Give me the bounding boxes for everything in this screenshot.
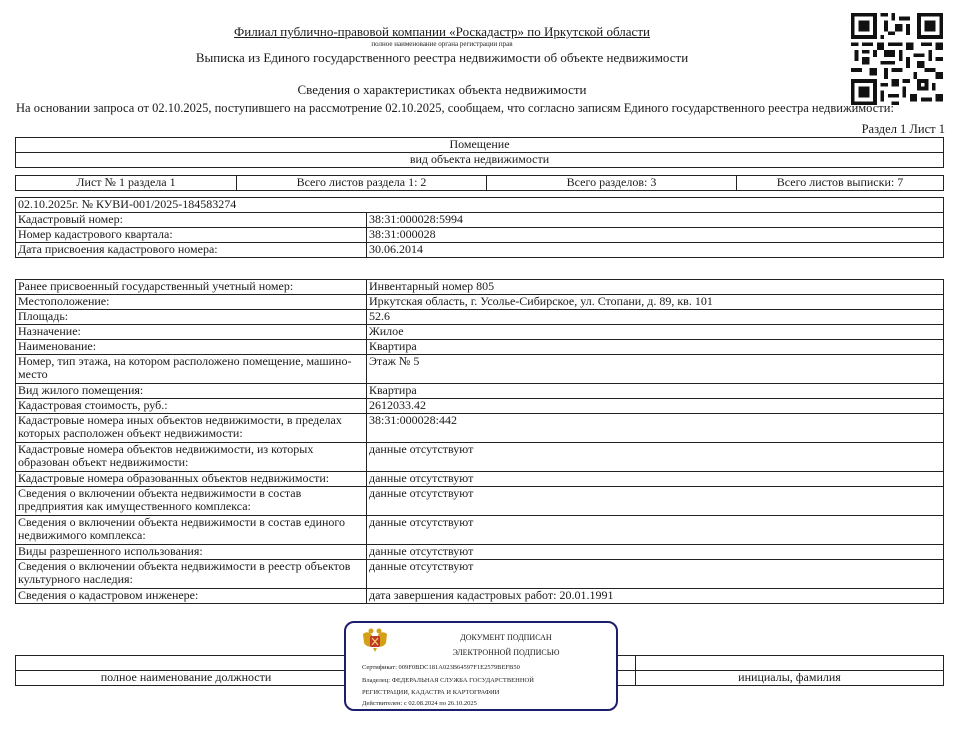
table-row: Номер, тип этажа, на котором расположено…	[16, 355, 944, 384]
name-caption: инициалы, фамилия	[636, 671, 944, 686]
table-row: Вид жилого помещения:Квартира	[16, 384, 944, 399]
request-basis-text: На основании запроса от 02.10.2025, пост…	[16, 101, 894, 116]
row-value: данные отсутствуют	[367, 443, 944, 472]
row-label: Сведения о кадастровом инженере:	[16, 589, 367, 604]
row-label: Кадастровые номера образованных объектов…	[16, 472, 367, 487]
table-row: Кадастровые номера иных объектов недвижи…	[16, 414, 944, 443]
certificate-number: Сертификат: 009F0BDC181A023B64597F1E2579…	[362, 664, 520, 671]
organization-caption: полное наименование органа регистрации п…	[0, 40, 884, 48]
identification-table: 02.10.2025г. № КУВИ-001/2025-184583274 К…	[15, 197, 944, 258]
document-title: Выписка из Единого государственного реес…	[0, 50, 884, 66]
row-value: Жилое	[367, 325, 944, 340]
row-value: 52.6	[367, 310, 944, 325]
coat-of-arms-icon	[360, 626, 390, 656]
row-label: Назначение:	[16, 325, 367, 340]
position-field	[16, 656, 357, 671]
table-row: Сведения о кадастровом инженере:дата зав…	[16, 589, 944, 604]
table-row: Наименование:Квартира	[16, 340, 944, 355]
stamp-title-line1: ДОКУМЕНТ ПОДПИСАН	[406, 633, 606, 642]
row-value: дата завершения кадастровых работ: 20.01…	[367, 589, 944, 604]
row-label: Ранее присвоенный государственный учетны…	[16, 280, 367, 295]
table-row: Сведения о включении объекта недвижимост…	[16, 516, 944, 545]
row-value: Этаж № 5	[367, 355, 944, 384]
qr-code-icon	[851, 13, 943, 105]
row-label: Кадастровая стоимость, руб.:	[16, 399, 367, 414]
row-label: Вид жилого помещения:	[16, 384, 367, 399]
table-row: Виды разрешенного использования:данные о…	[16, 545, 944, 560]
cadastral-quarter: 38:31:000028	[367, 228, 944, 243]
row-label: Сведения о включении объекта недвижимост…	[16, 516, 367, 545]
row-value: Квартира	[367, 384, 944, 399]
electronic-signature-stamp: ДОКУМЕНТ ПОДПИСАН ЭЛЕКТРОННОЙ ПОДПИСЬЮ С…	[344, 621, 618, 711]
row-value: 38:31:000028:442	[367, 414, 944, 443]
sheet-number: Лист № 1 раздела 1	[16, 176, 237, 191]
section-sheets-total: Всего листов раздела 1: 2	[237, 176, 487, 191]
table-row: Сведения о включении объекта недвижимост…	[16, 487, 944, 516]
row-label: Дата присвоения кадастрового номера:	[16, 243, 367, 258]
table-row: Местоположение:Иркутская область, г. Усо…	[16, 295, 944, 310]
stamp-title-line2: ЭЛЕКТРОННОЙ ПОДПИСЬЮ	[406, 648, 606, 657]
table-row: Ранее присвоенный государственный учетны…	[16, 280, 944, 295]
table-row: Дата присвоения кадастрового номера: 30.…	[16, 243, 944, 258]
request-number: 02.10.2025г. № КУВИ-001/2025-184583274	[16, 198, 944, 213]
table-row: Кадастровый номер: 38:31:000028:5994	[16, 213, 944, 228]
row-value: Инвентарный номер 805	[367, 280, 944, 295]
row-label: Сведения о включении объекта недвижимост…	[16, 560, 367, 589]
row-label: Наименование:	[16, 340, 367, 355]
object-type-caption: вид объекта недвижимости	[16, 153, 944, 168]
row-label: Номер кадастрового квартала:	[16, 228, 367, 243]
row-value: 2612033.42	[367, 399, 944, 414]
assignment-date: 30.06.2014	[367, 243, 944, 258]
extract-sheets-total: Всего листов выписки: 7	[737, 176, 944, 191]
row-label: Кадастровые номера объектов недвижимости…	[16, 443, 367, 472]
row-value: данные отсутствуют	[367, 560, 944, 589]
row-label: Виды разрешенного использования:	[16, 545, 367, 560]
table-row: Номер кадастрового квартала: 38:31:00002…	[16, 228, 944, 243]
row-value: Иркутская область, г. Усолье-Сибирское, …	[367, 295, 944, 310]
row-value: данные отсутствуют	[367, 545, 944, 560]
position-caption: полное наименование должности	[16, 671, 357, 686]
section-title: Сведения о характеристиках объекта недви…	[0, 82, 884, 98]
row-label: Кадастровый номер:	[16, 213, 367, 228]
table-row: Площадь:52.6	[16, 310, 944, 325]
row-value: данные отсутствуют	[367, 487, 944, 516]
organization-name: Филиал публично-правовой компании «Роска…	[0, 24, 884, 40]
sheets-info-table: Лист № 1 раздела 1 Всего листов раздела …	[15, 175, 944, 191]
sections-total: Всего разделов: 3	[487, 176, 737, 191]
part-sheet-label: Раздел 1 Лист 1	[862, 122, 945, 137]
table-row: Кадастровые номера объектов недвижимости…	[16, 443, 944, 472]
row-label: Площадь:	[16, 310, 367, 325]
row-value: данные отсутствуют	[367, 472, 944, 487]
object-type: Помещение	[16, 138, 944, 153]
row-label: Номер, тип этажа, на котором расположено…	[16, 355, 367, 384]
characteristics-table: Ранее присвоенный государственный учетны…	[15, 279, 944, 604]
row-label: Сведения о включении объекта недвижимост…	[16, 487, 367, 516]
table-row: Кадастровая стоимость, руб.:2612033.42	[16, 399, 944, 414]
row-value: данные отсутствуют	[367, 516, 944, 545]
certificate-owner-line1: Владелец: ФЕДЕРАЛЬНАЯ СЛУЖБА ГОСУДАРСТВЕ…	[362, 677, 534, 684]
table-row: Назначение:Жилое	[16, 325, 944, 340]
row-label: Кадастровые номера иных объектов недвижи…	[16, 414, 367, 443]
cadastral-number: 38:31:000028:5994	[367, 213, 944, 228]
table-row: Сведения о включении объекта недвижимост…	[16, 560, 944, 589]
certificate-validity: Действителен: с 02.08.2024 по 26.10.2025	[362, 700, 477, 707]
row-label: Местоположение:	[16, 295, 367, 310]
certificate-owner-line2: РЕГИСТРАЦИИ, КАДАСТРА И КАРТОГРАФИИ	[362, 689, 499, 696]
table-row: Кадастровые номера образованных объектов…	[16, 472, 944, 487]
object-type-table: Помещение вид объекта недвижимости	[15, 137, 944, 168]
name-field	[636, 656, 944, 671]
row-value: Квартира	[367, 340, 944, 355]
